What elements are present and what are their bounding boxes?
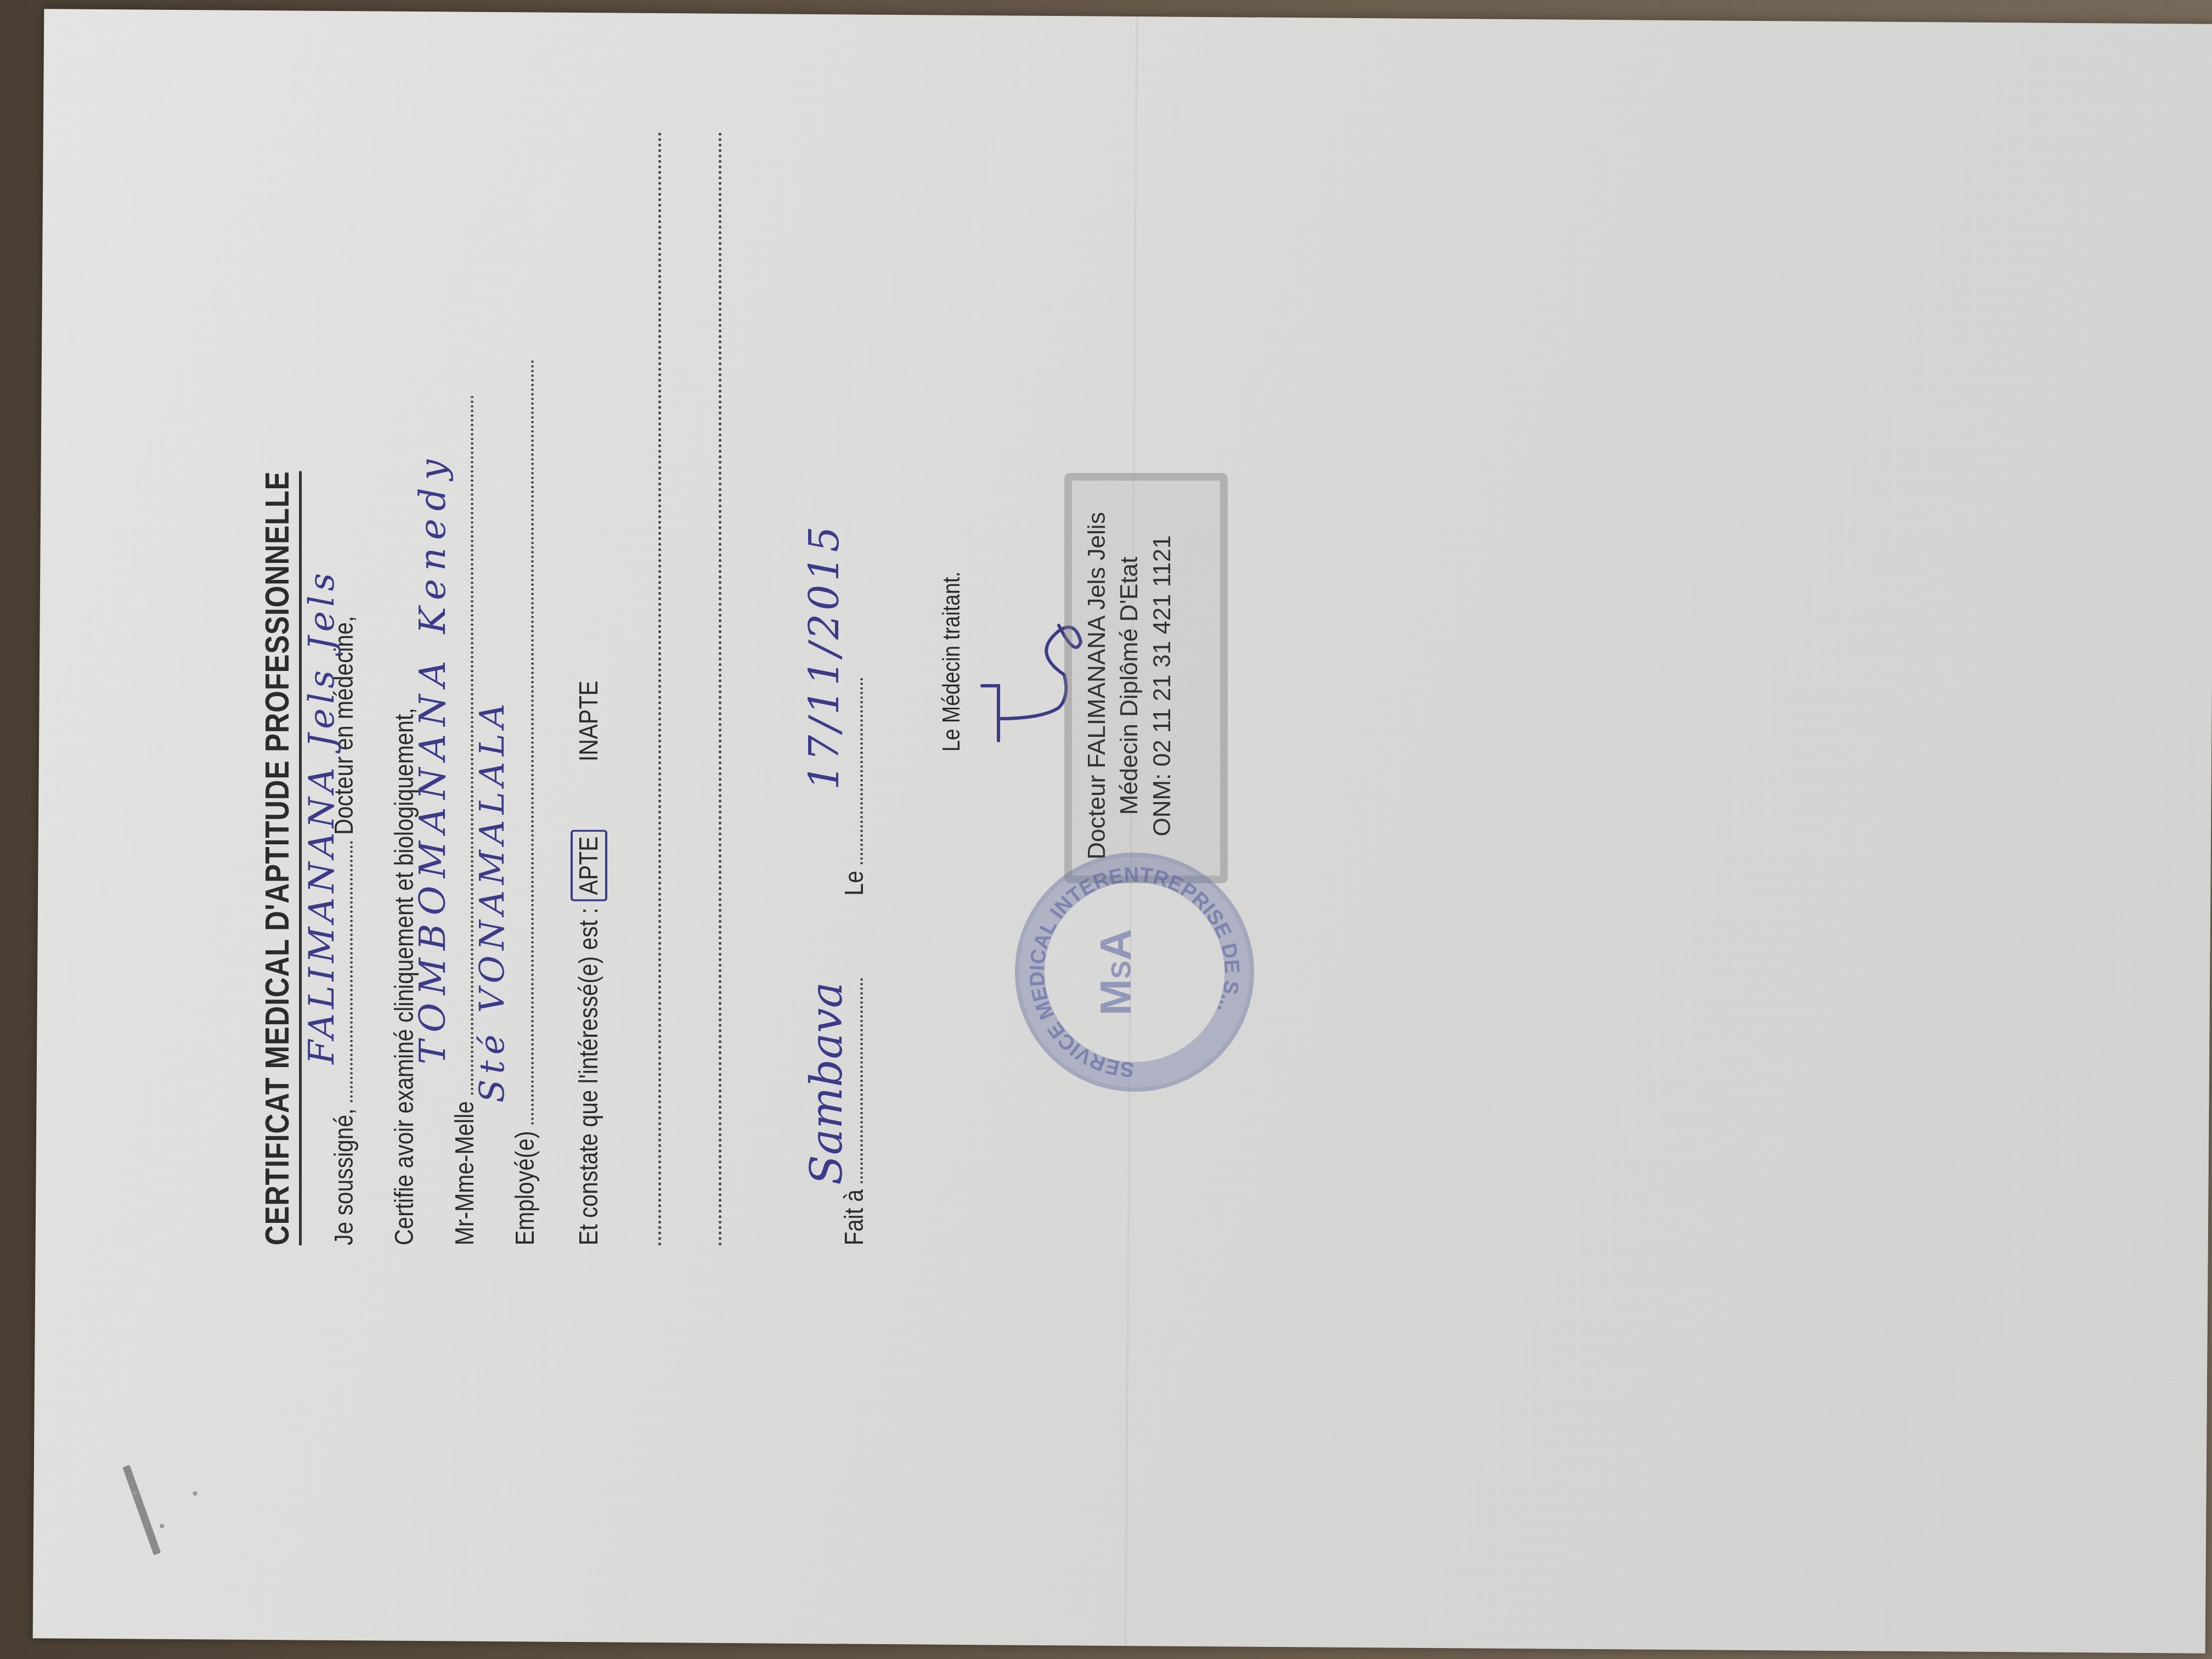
doctor-stamp-text: Docteur FALIMANANA Jels Jelis Médecin Di… (1081, 510, 1178, 861)
date-field (856, 678, 863, 865)
fait-a-label: Fait à (840, 1189, 869, 1245)
apte-option-circled: APTE (571, 830, 607, 901)
constate-label: Et constate que l'intéressé(e) est : (574, 907, 603, 1245)
employe-label: Employé(e) (511, 1131, 540, 1245)
doctor-name-handwritten: FALIMANANA Jels Jels (302, 569, 342, 1064)
punch-hole (133, 1491, 137, 1495)
date-handwritten: 17/11/2015 (801, 523, 848, 790)
employer-field (527, 360, 534, 1125)
employer-handwritten: Sté VONAMALALA (472, 698, 512, 1103)
medical-service-round-stamp: SERVICE MEDICAL INTERENTREPRISE DE S... … (1015, 853, 1254, 1092)
soussigne-label: Je soussigné, (330, 1109, 359, 1245)
line-employer: Employé(e) (510, 360, 540, 1245)
blank-line (719, 132, 721, 1245)
inapte-option: INAPTE (574, 681, 603, 761)
staple (122, 1465, 161, 1555)
stamp-doctor-name: Docteur FALIMANANA Jels Jelis (1081, 510, 1113, 861)
stamp-onm-number: ONM: 02 11 21 31 421 1121 (1146, 510, 1178, 861)
le-label: Le (840, 871, 869, 895)
document-title: CERTIFICAT MEDICAL D'APTITUDE PROFESSION… (258, 471, 302, 1245)
civility-label: Mr-Mme-Melle (450, 1101, 479, 1245)
place-field (856, 978, 863, 1183)
certificate-content: CERTIFICAT MEDICAL D'APTITUDE PROFESSION… (247, 0, 1289, 1245)
punch-hole (160, 1524, 164, 1528)
stamp-diploma: Médecin Diplômé D'Etat (1113, 510, 1145, 861)
medecin-traitant-label: Le Médecin traitant. (938, 572, 966, 752)
patient-name-handwritten: TOMBOMANANA Kenedy (411, 452, 454, 1064)
punch-hole (193, 1491, 198, 1496)
stamp-logo: MSA (1091, 917, 1178, 1027)
doctor-name-field (346, 841, 353, 1102)
line-aptitude: Et constate que l'intéressé(e) est : APT… (571, 681, 607, 1245)
blank-line (658, 132, 661, 1245)
place-handwritten: Sambava (801, 982, 852, 1185)
